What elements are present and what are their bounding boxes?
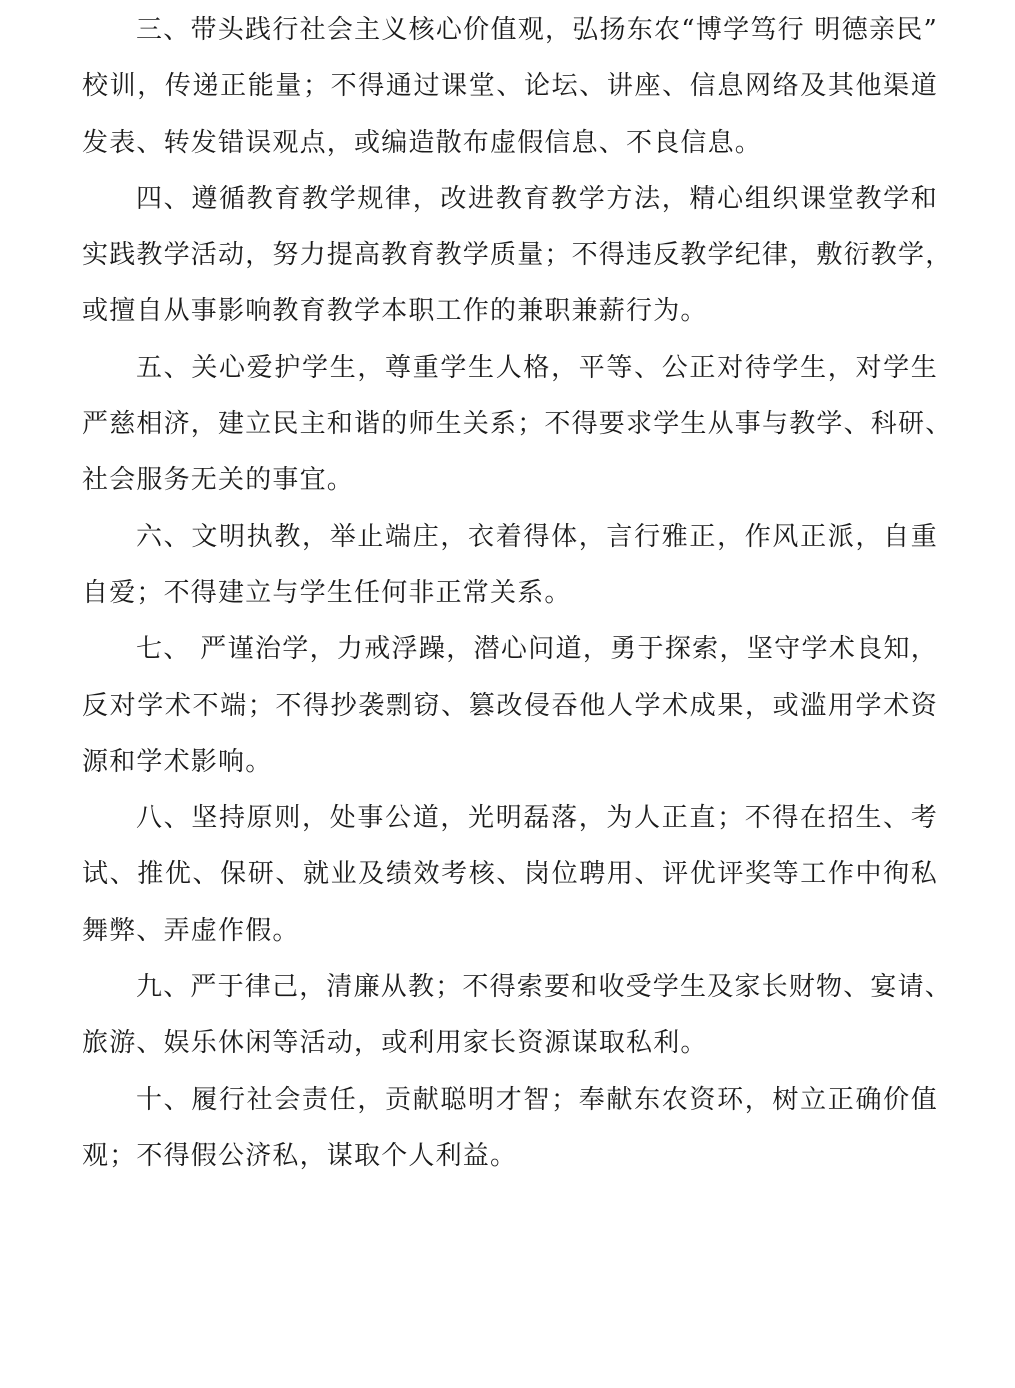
paragraph-line: 七、 严谨治学，力戒浮躁，潜心问道，勇于探索，坚守学术良知， (82, 621, 938, 677)
paragraph-line: 试、推优、保研、就业及绩效考核、岗位聘用、评优评奖等工作中徇私 (82, 846, 938, 902)
paragraph-line: 四、遵循教育教学规律，改进教育教学方法，精心组织课堂教学和 (82, 171, 938, 227)
paragraph-5: 五、关心爱护学生，尊重学生人格，平等、公正对待学生，对学生 严慈相济，建立民主和… (82, 340, 938, 509)
paragraph-line: 舞弊、弄虚作假。 (82, 903, 938, 959)
paragraph-line: 自爱；不得建立与学生任何非正常关系。 (82, 565, 938, 621)
paragraph-line: 六、文明执教，举止端庄，衣着得体，言行雅正，作风正派，自重 (82, 509, 938, 565)
paragraph-line: 五、关心爱护学生，尊重学生人格，平等、公正对待学生，对学生 (82, 340, 938, 396)
paragraph-line: 十、履行社会责任，贡献聪明才智；奉献东农资环，树立正确价值 (82, 1072, 938, 1128)
paragraph-line: 八、坚持原则，处事公道，光明磊落，为人正直；不得在招生、考 (82, 790, 938, 846)
paragraph-line: 或擅自从事影响教育教学本职工作的兼职兼薪行为。 (82, 283, 938, 339)
document-page: 三、带头践行社会主义核心价值观，弘扬东农“博学笃行 明德亲民” 校训，传递正能量… (0, 0, 1015, 1388)
paragraph-3: 三、带头践行社会主义核心价值观，弘扬东农“博学笃行 明德亲民” 校训，传递正能量… (82, 2, 938, 171)
paragraph-line: 社会服务无关的事宜。 (82, 452, 938, 508)
paragraph-line: 旅游、娱乐休闲等活动，或利用家长资源谋取私利。 (82, 1015, 938, 1071)
paragraph-line: 观；不得假公济私，谋取个人利益。 (82, 1128, 938, 1184)
paragraph-line: 九、严于律己，清廉从教；不得索要和收受学生及家长财物、宴请、 (82, 959, 938, 1015)
paragraph-4: 四、遵循教育教学规律，改进教育教学方法，精心组织课堂教学和 实践教学活动，努力提… (82, 171, 938, 340)
paragraph-line: 校训，传递正能量；不得通过课堂、论坛、讲座、信息网络及其他渠道 (82, 58, 938, 114)
paragraph-line: 发表、转发错误观点，或编造散布虚假信息、不良信息。 (82, 115, 938, 171)
paragraph-line: 反对学术不端；不得抄袭剽窃、篡改侵吞他人学术成果，或滥用学术资 (82, 678, 938, 734)
paragraph-9: 九、严于律己，清廉从教；不得索要和收受学生及家长财物、宴请、 旅游、娱乐休闲等活… (82, 959, 938, 1072)
document-body: 三、带头践行社会主义核心价值观，弘扬东农“博学笃行 明德亲民” 校训，传递正能量… (82, 2, 938, 1184)
paragraph-line: 实践教学活动，努力提高教育教学质量；不得违反教学纪律，敷衍教学， (82, 227, 938, 283)
paragraph-8: 八、坚持原则，处事公道，光明磊落，为人正直；不得在招生、考 试、推优、保研、就业… (82, 790, 938, 959)
paragraph-line: 严慈相济，建立民主和谐的师生关系；不得要求学生从事与教学、科研、 (82, 396, 938, 452)
paragraph-6: 六、文明执教，举止端庄，衣着得体，言行雅正，作风正派，自重 自爱；不得建立与学生… (82, 509, 938, 622)
paragraph-line: 源和学术影响。 (82, 734, 938, 790)
paragraph-7: 七、 严谨治学，力戒浮躁，潜心问道，勇于探索，坚守学术良知， 反对学术不端；不得… (82, 621, 938, 790)
paragraph-10: 十、履行社会责任，贡献聪明才智；奉献东农资环，树立正确价值 观；不得假公济私，谋… (82, 1072, 938, 1185)
paragraph-line: 三、带头践行社会主义核心价值观，弘扬东农“博学笃行 明德亲民” (82, 2, 938, 58)
